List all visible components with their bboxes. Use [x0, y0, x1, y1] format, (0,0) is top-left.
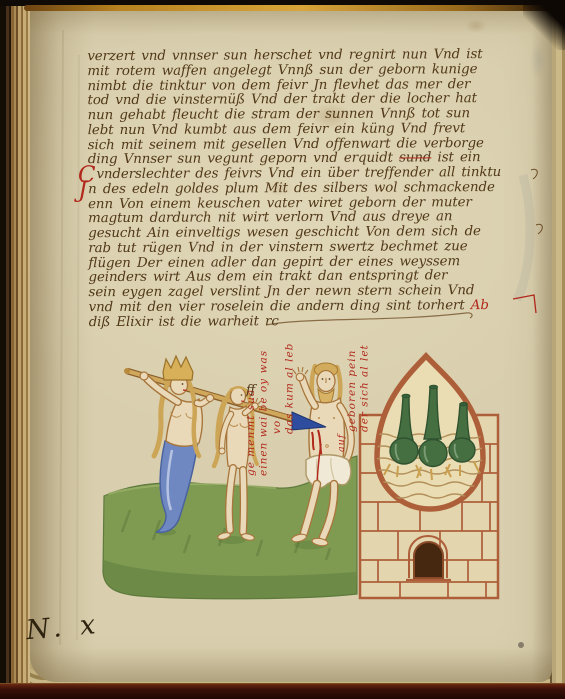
text-segment: n des edeln goldes plum Mit des silbers … [88, 180, 495, 197]
red-caption-column-1: das kum al leb vo [271, 337, 296, 434]
rubric-word: Ab [471, 298, 489, 313]
next-page-edge [550, 6, 565, 686]
struck-word: sund [399, 151, 431, 166]
text-line: vnd mit den vier roselein die andern din… [89, 299, 535, 316]
manuscript-text-block: verzert vnd vnnser sun herschet vnd regn… [87, 48, 534, 331]
book-gutter-binding [0, 0, 30, 699]
text-line: diß Elixir ist die warheit rc [89, 313, 535, 330]
text-segment: ist ein [431, 150, 480, 165]
gilt-page-edge [24, 5, 554, 11]
scribal-mark: ff [246, 383, 255, 398]
manuscript-photo: verzert vnd vnnser sun herschet vnd regn… [0, 0, 565, 699]
red-caption-column-4: auf [336, 418, 349, 452]
red-caption-column-3: der sich al let geboren pein [346, 332, 371, 432]
rubric-initial: J [78, 177, 87, 203]
red-caption-column-2: einen wai be oy was ge menmt sua [245, 340, 270, 476]
binding-shadow-corner [523, 0, 565, 50]
text-segment: vnd mit den vier roselein die andern din… [89, 298, 471, 315]
quire-mark: N. x [25, 609, 102, 646]
book-cover-bottom-edge [0, 683, 565, 699]
